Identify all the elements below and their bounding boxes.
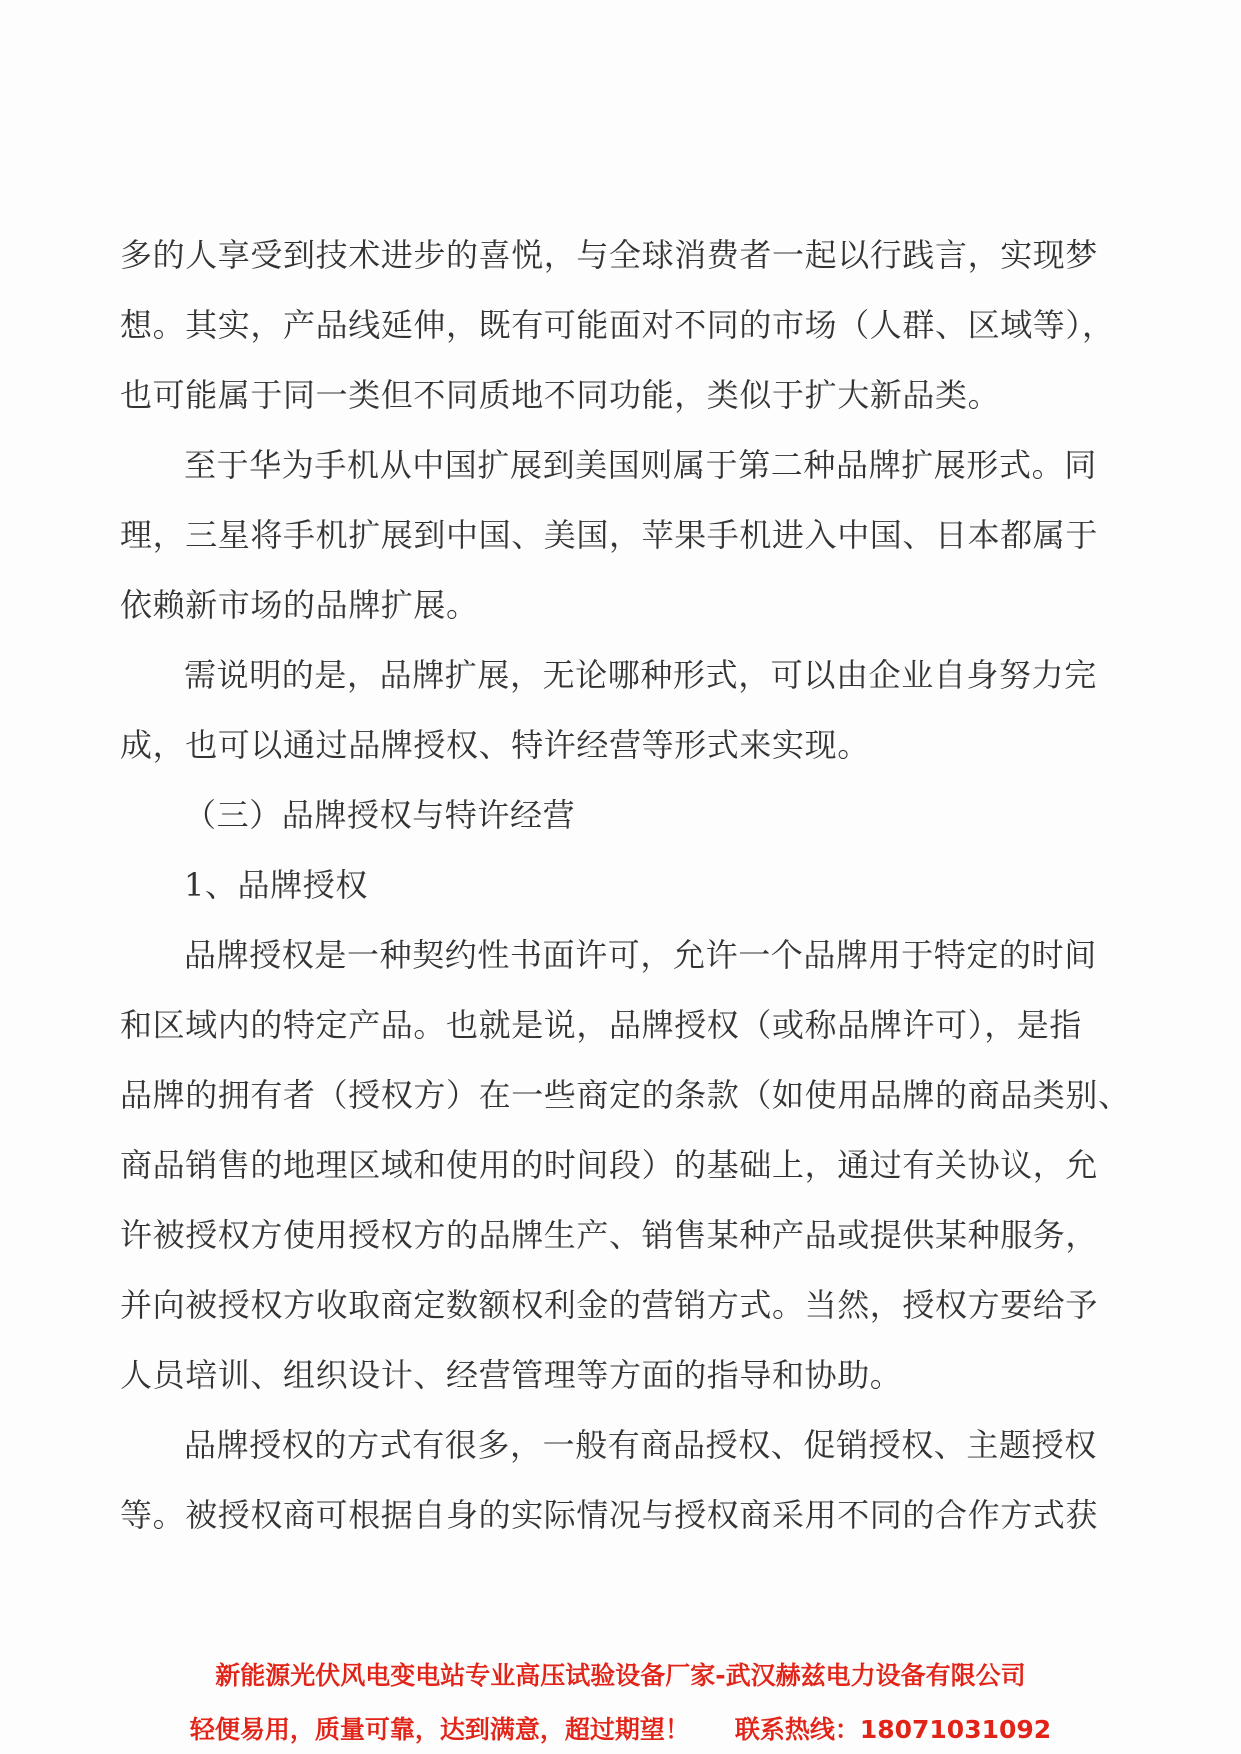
text-line: 并向被授权方收取商定数额权利金的营销方式。当然，授权方要给予 xyxy=(120,1270,1135,1340)
text-line: 理，三星将手机扩展到中国、美国，苹果手机进入中国、日本都属于 xyxy=(120,500,1135,570)
footer-ad: 新能源光伏风电变电站专业高压试验设备厂家-武汉赫兹电力设备有限公司 轻便易用，质… xyxy=(0,1649,1241,1754)
text-line: 至于华为手机从中国扩展到美国则属于第二种品牌扩展形式。同 xyxy=(120,430,1135,500)
text-line: （三）品牌授权与特许经营 xyxy=(120,780,1135,850)
text-line: 商品销售的地理区域和使用的时间段）的基础上，通过有关协议，允 xyxy=(120,1130,1135,1200)
footer-contact-line: 轻便易用，质量可靠，达到满意，超过期望！联系热线：18071031092 xyxy=(0,1703,1241,1754)
footer-slogan: 轻便易用，质量可靠，达到满意，超过期望！ xyxy=(190,1715,690,1744)
text-line: 1、品牌授权 xyxy=(120,850,1135,920)
text-line: 许被授权方使用授权方的品牌生产、销售某种产品或提供某种服务， xyxy=(120,1200,1135,1270)
text-line: 成，也可以通过品牌授权、特许经营等形式来实现。 xyxy=(120,710,1135,780)
text-line: 等。被授权商可根据自身的实际情况与授权商采用不同的合作方式获 xyxy=(120,1480,1135,1550)
text-line: 也可能属于同一类但不同质地不同功能，类似于扩大新品类。 xyxy=(120,360,1135,430)
text-line: 需说明的是，品牌扩展，无论哪种形式，可以由企业自身努力完 xyxy=(120,640,1135,710)
text-line: 想。其实，产品线延伸，既有可能面对不同的市场（人群、区域等）， xyxy=(120,290,1135,360)
document-body: 多的人享受到技术进步的喜悦，与全球消费者一起以行践言，实现梦想。其实，产品线延伸… xyxy=(120,220,1135,1550)
text-line: 和区域内的特定产品。也就是说，品牌授权（或称品牌许可），是指 xyxy=(120,990,1135,1060)
text-line: 多的人享受到技术进步的喜悦，与全球消费者一起以行践言，实现梦 xyxy=(120,220,1135,290)
text-line: 品牌的拥有者（授权方）在一些商定的条款（如使用品牌的商品类别、 xyxy=(120,1060,1135,1130)
footer-company-line: 新能源光伏风电变电站专业高压试验设备厂家-武汉赫兹电力设备有限公司 xyxy=(0,1649,1241,1703)
text-line: 品牌授权是一种契约性书面许可，允许一个品牌用于特定的时间 xyxy=(120,920,1135,990)
document-page: 多的人享受到技术进步的喜悦，与全球消费者一起以行践言，实现梦想。其实，产品线延伸… xyxy=(0,0,1241,1754)
text-line: 依赖新市场的品牌扩展。 xyxy=(120,570,1135,640)
text-line: 品牌授权的方式有很多，一般有商品授权、促销授权、主题授权 xyxy=(120,1410,1135,1480)
footer-hotline: 联系热线：18071031092 xyxy=(735,1715,1051,1744)
text-line: 人员培训、组织设计、经营管理等方面的指导和协助。 xyxy=(120,1340,1135,1410)
